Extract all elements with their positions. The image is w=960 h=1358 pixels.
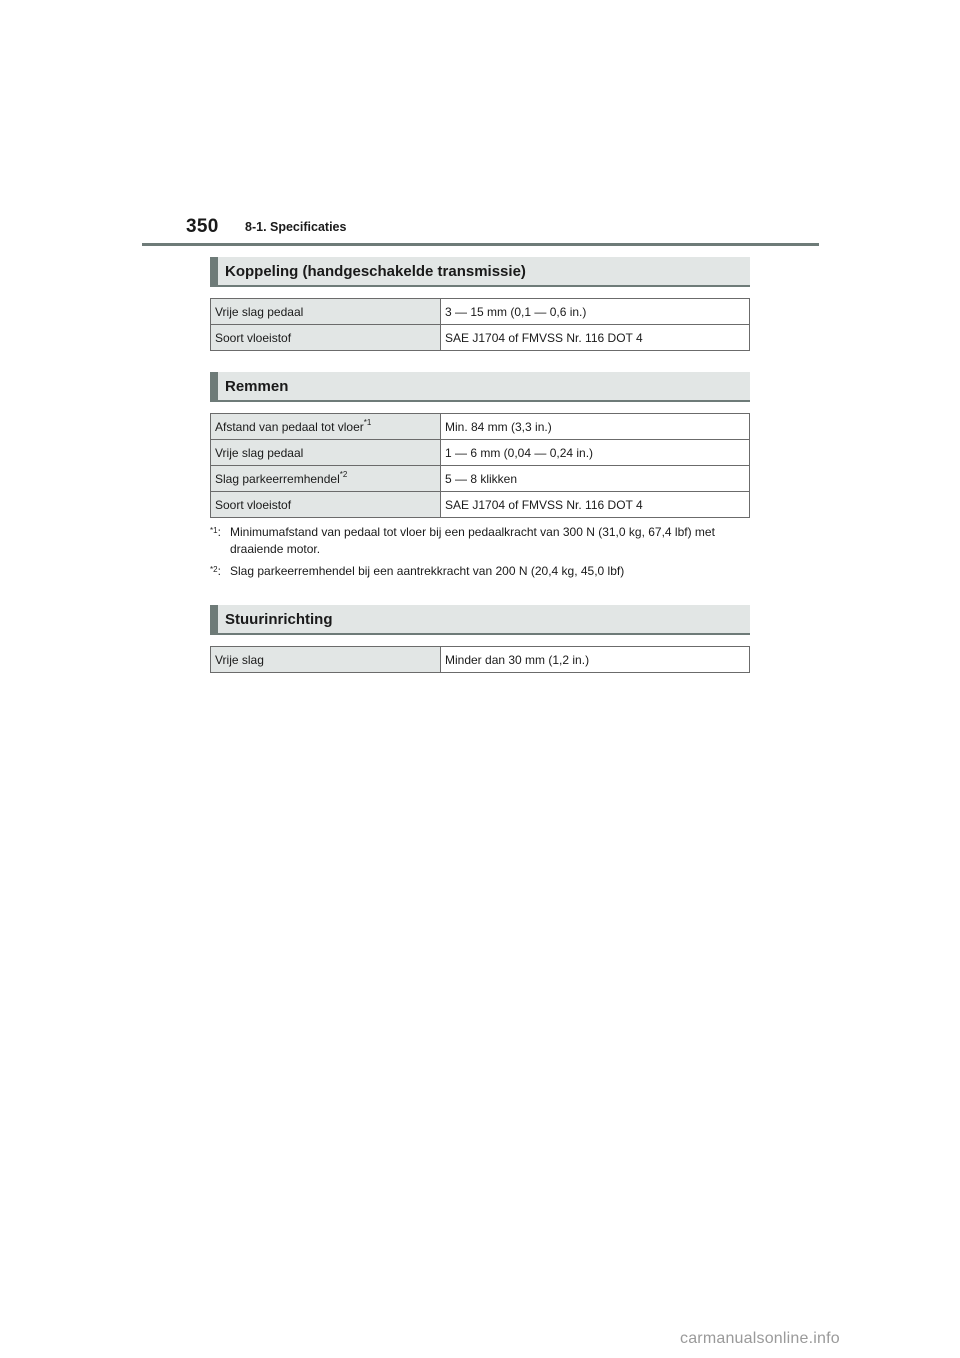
spec-value: 3 — 15 mm (0,1 — 0,6 in.) [441,299,750,325]
footnote-mark: *2: [210,563,221,580]
footnote-ref[interactable]: *1 [364,418,372,427]
page-header: 350 8-1. Specificaties [0,0,960,246]
spec-table-remmen: Afstand van pedaal tot vloer*1 Min. 84 m… [210,413,750,518]
section-title: Stuurinrichting [225,611,333,628]
section-title: Koppeling (handgeschakelde transmissie) [225,263,526,280]
section-heading-remmen: Remmen [210,372,750,402]
spec-value: Min. 84 mm (3,3 in.) [441,414,750,440]
footnote-mark: *1: [210,524,221,541]
footnote-text: Minimumafstand van pedaal tot vloer bij … [230,525,715,556]
spec-label: Vrije slag [211,647,441,673]
section-heading-koppeling: Koppeling (handgeschakelde transmissie) [210,257,750,287]
spec-label: Afstand van pedaal tot vloer*1 [211,414,441,440]
spec-label: Soort vloeistof [211,325,441,351]
spec-value: SAE J1704 of FMVSS Nr. 116 DOT 4 [441,492,750,518]
chapter-title: 8-1. Specificaties [245,220,346,234]
section-title: Remmen [225,378,288,395]
table-row: Soort vloeistof SAE J1704 of FMVSS Nr. 1… [211,492,750,518]
spec-label: Slag parkeerremhendel*2 [211,466,441,492]
table-row: Vrije slag pedaal 3 — 15 mm (0,1 — 0,6 i… [211,299,750,325]
footnote-ref[interactable]: *2 [340,470,348,479]
table-row: Soort vloeistof SAE J1704 of FMVSS Nr. 1… [211,325,750,351]
spec-value: 5 — 8 klikken [441,466,750,492]
spec-label: Soort vloeistof [211,492,441,518]
table-row: Afstand van pedaal tot vloer*1 Min. 84 m… [211,414,750,440]
table-row: Slag parkeerremhendel*2 5 — 8 klikken [211,466,750,492]
footnote-1: *1: Minimumafstand van pedaal tot vloer … [210,524,750,558]
page-content: Koppeling (handgeschakelde transmissie) … [210,257,750,673]
spec-value: 1 — 6 mm (0,04 — 0,24 in.) [441,440,750,466]
spec-label: Vrije slag pedaal [211,440,441,466]
footnote-2: *2: Slag parkeerremhendel bij een aantre… [210,563,750,580]
header-divider [142,243,819,246]
spec-table-koppeling: Vrije slag pedaal 3 — 15 mm (0,1 — 0,6 i… [210,298,750,351]
spec-value: Minder dan 30 mm (1,2 in.) [441,647,750,673]
spec-table-stuurinrichting: Vrije slag Minder dan 30 mm (1,2 in.) [210,646,750,673]
footnotes: *1: Minimumafstand van pedaal tot vloer … [210,524,750,580]
spec-label: Vrije slag pedaal [211,299,441,325]
section-heading-stuurinrichting: Stuurinrichting [210,605,750,635]
page-number: 350 [186,216,219,238]
table-row: Vrije slag pedaal 1 — 6 mm (0,04 — 0,24 … [211,440,750,466]
watermark: carmanualsonline.info [680,1330,840,1348]
footnote-text: Slag parkeerremhendel bij een aantrekkra… [230,564,624,578]
spec-value: SAE J1704 of FMVSS Nr. 116 DOT 4 [441,325,750,351]
table-row: Vrije slag Minder dan 30 mm (1,2 in.) [211,647,750,673]
